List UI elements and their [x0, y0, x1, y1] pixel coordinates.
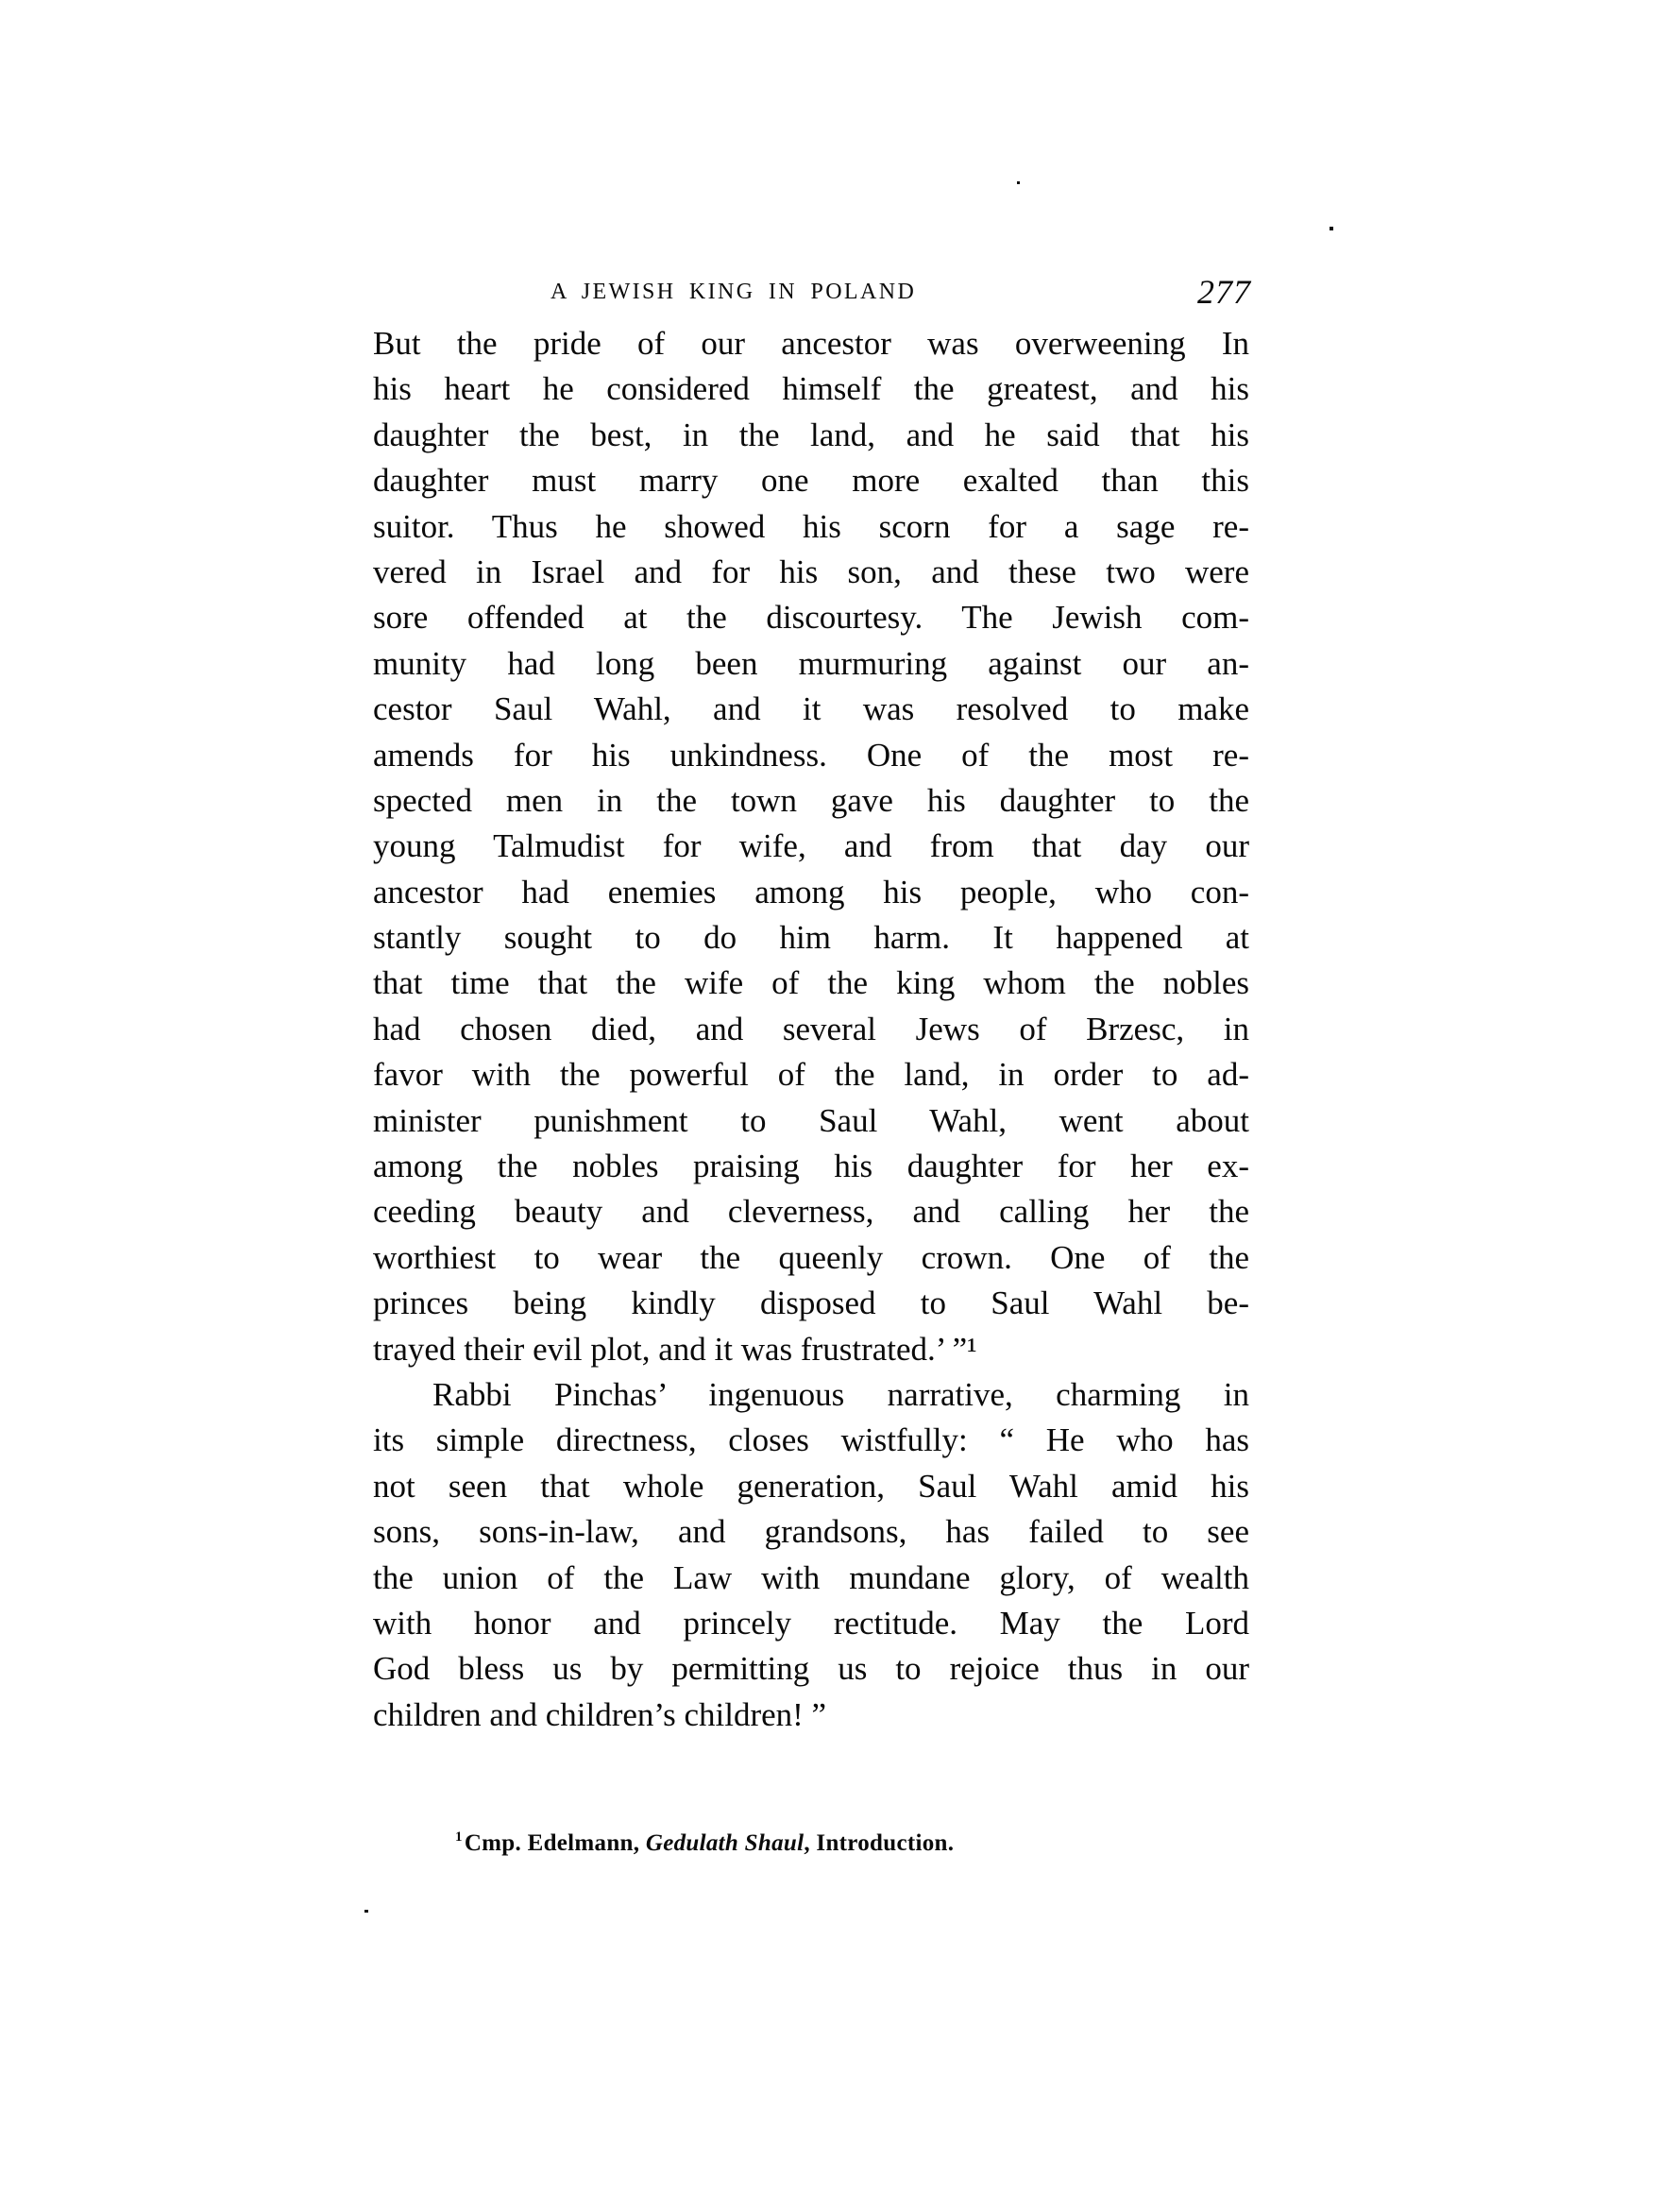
- text-line: suitor. Thus he showed his scorn for a s…: [373, 504, 1249, 550]
- text-line: its simple directness, closes wistfully:…: [373, 1418, 1249, 1463]
- footnote-title: Gedulath Shaul: [646, 1830, 804, 1856]
- text-line: children and children’s children! ”: [373, 1693, 1249, 1738]
- text-line: vered in Israel and for his son, and the…: [373, 550, 1249, 595]
- paragraph-1: But the pride of our ancestor was overwe…: [373, 321, 1249, 1372]
- text-line: worthiest to wear the queenly crown. One…: [373, 1235, 1249, 1281]
- text-line: sore offended at the discourtesy. The Je…: [373, 595, 1249, 640]
- text-line: favor with the powerful of the land, in …: [373, 1052, 1249, 1097]
- text-line: his heart he considered himself the grea…: [373, 366, 1249, 412]
- text-line: daughter must marry one more exalted tha…: [373, 458, 1249, 503]
- scan-speck: [1330, 227, 1333, 230]
- text-line: trayed their evil plot, and it was frust…: [373, 1327, 1249, 1372]
- running-head: A JEWISH KING IN POLAND 277: [373, 274, 1251, 315]
- text-line: the union of the Law with mundane glory,…: [373, 1556, 1249, 1601]
- text-line: Rabbi Pinchas’ ingenuous narrative, char…: [373, 1372, 1249, 1418]
- text-line: cestor Saul Wahl, and it was resolved to…: [373, 687, 1249, 732]
- running-title: A JEWISH KING IN POLAND: [551, 280, 916, 305]
- text-line: stantly sought to do him harm. It happen…: [373, 915, 1249, 961]
- text-line: had chosen died, and several Jews of Brz…: [373, 1007, 1249, 1052]
- scan-speck: [364, 1910, 368, 1913]
- footnote-prefix: Cmp. Edelmann,: [465, 1830, 646, 1856]
- text-line: But the pride of our ancestor was overwe…: [373, 321, 1249, 366]
- text-line: God bless us by permitting us to rejoice…: [373, 1646, 1249, 1692]
- text-line: not seen that whole generation, Saul Wah…: [373, 1464, 1249, 1509]
- text-line: amends for his unkindness. One of the mo…: [373, 733, 1249, 778]
- scan-speck: [1017, 181, 1020, 184]
- page-number: 277: [1197, 272, 1251, 312]
- body-text: But the pride of our ancestor was overwe…: [373, 321, 1249, 1738]
- text-line: daughter the best, in the land, and he s…: [373, 413, 1249, 458]
- text-line: princes being kindly disposed to Saul Wa…: [373, 1281, 1249, 1326]
- footnote-suffix: , Introduction.: [804, 1830, 954, 1856]
- text-line: sons, sons-in-law, and grandsons, has fa…: [373, 1509, 1249, 1555]
- text-line: with honor and princely rectitude. May t…: [373, 1601, 1249, 1646]
- paragraph-2: Rabbi Pinchas’ ingenuous narrative, char…: [373, 1372, 1249, 1738]
- text-line: that time that the wife of the king whom…: [373, 961, 1249, 1006]
- text-line: spected men in the town gave his daughte…: [373, 778, 1249, 824]
- text-line: minister punishment to Saul Wahl, went a…: [373, 1098, 1249, 1144]
- text-line: munity had long been murmuring against o…: [373, 641, 1249, 687]
- text-line: among the nobles praising his daughter f…: [373, 1144, 1249, 1189]
- text-line: ceeding beauty and cleverness, and calli…: [373, 1189, 1249, 1234]
- text-line: young Talmudist for wife, and from that …: [373, 824, 1249, 869]
- footnote-marker: 1: [455, 1829, 463, 1845]
- footnote: 1Cmp. Edelmann, Gedulath Shaul, Introduc…: [455, 1829, 954, 1857]
- text-line: ancestor had enemies among his people, w…: [373, 870, 1249, 915]
